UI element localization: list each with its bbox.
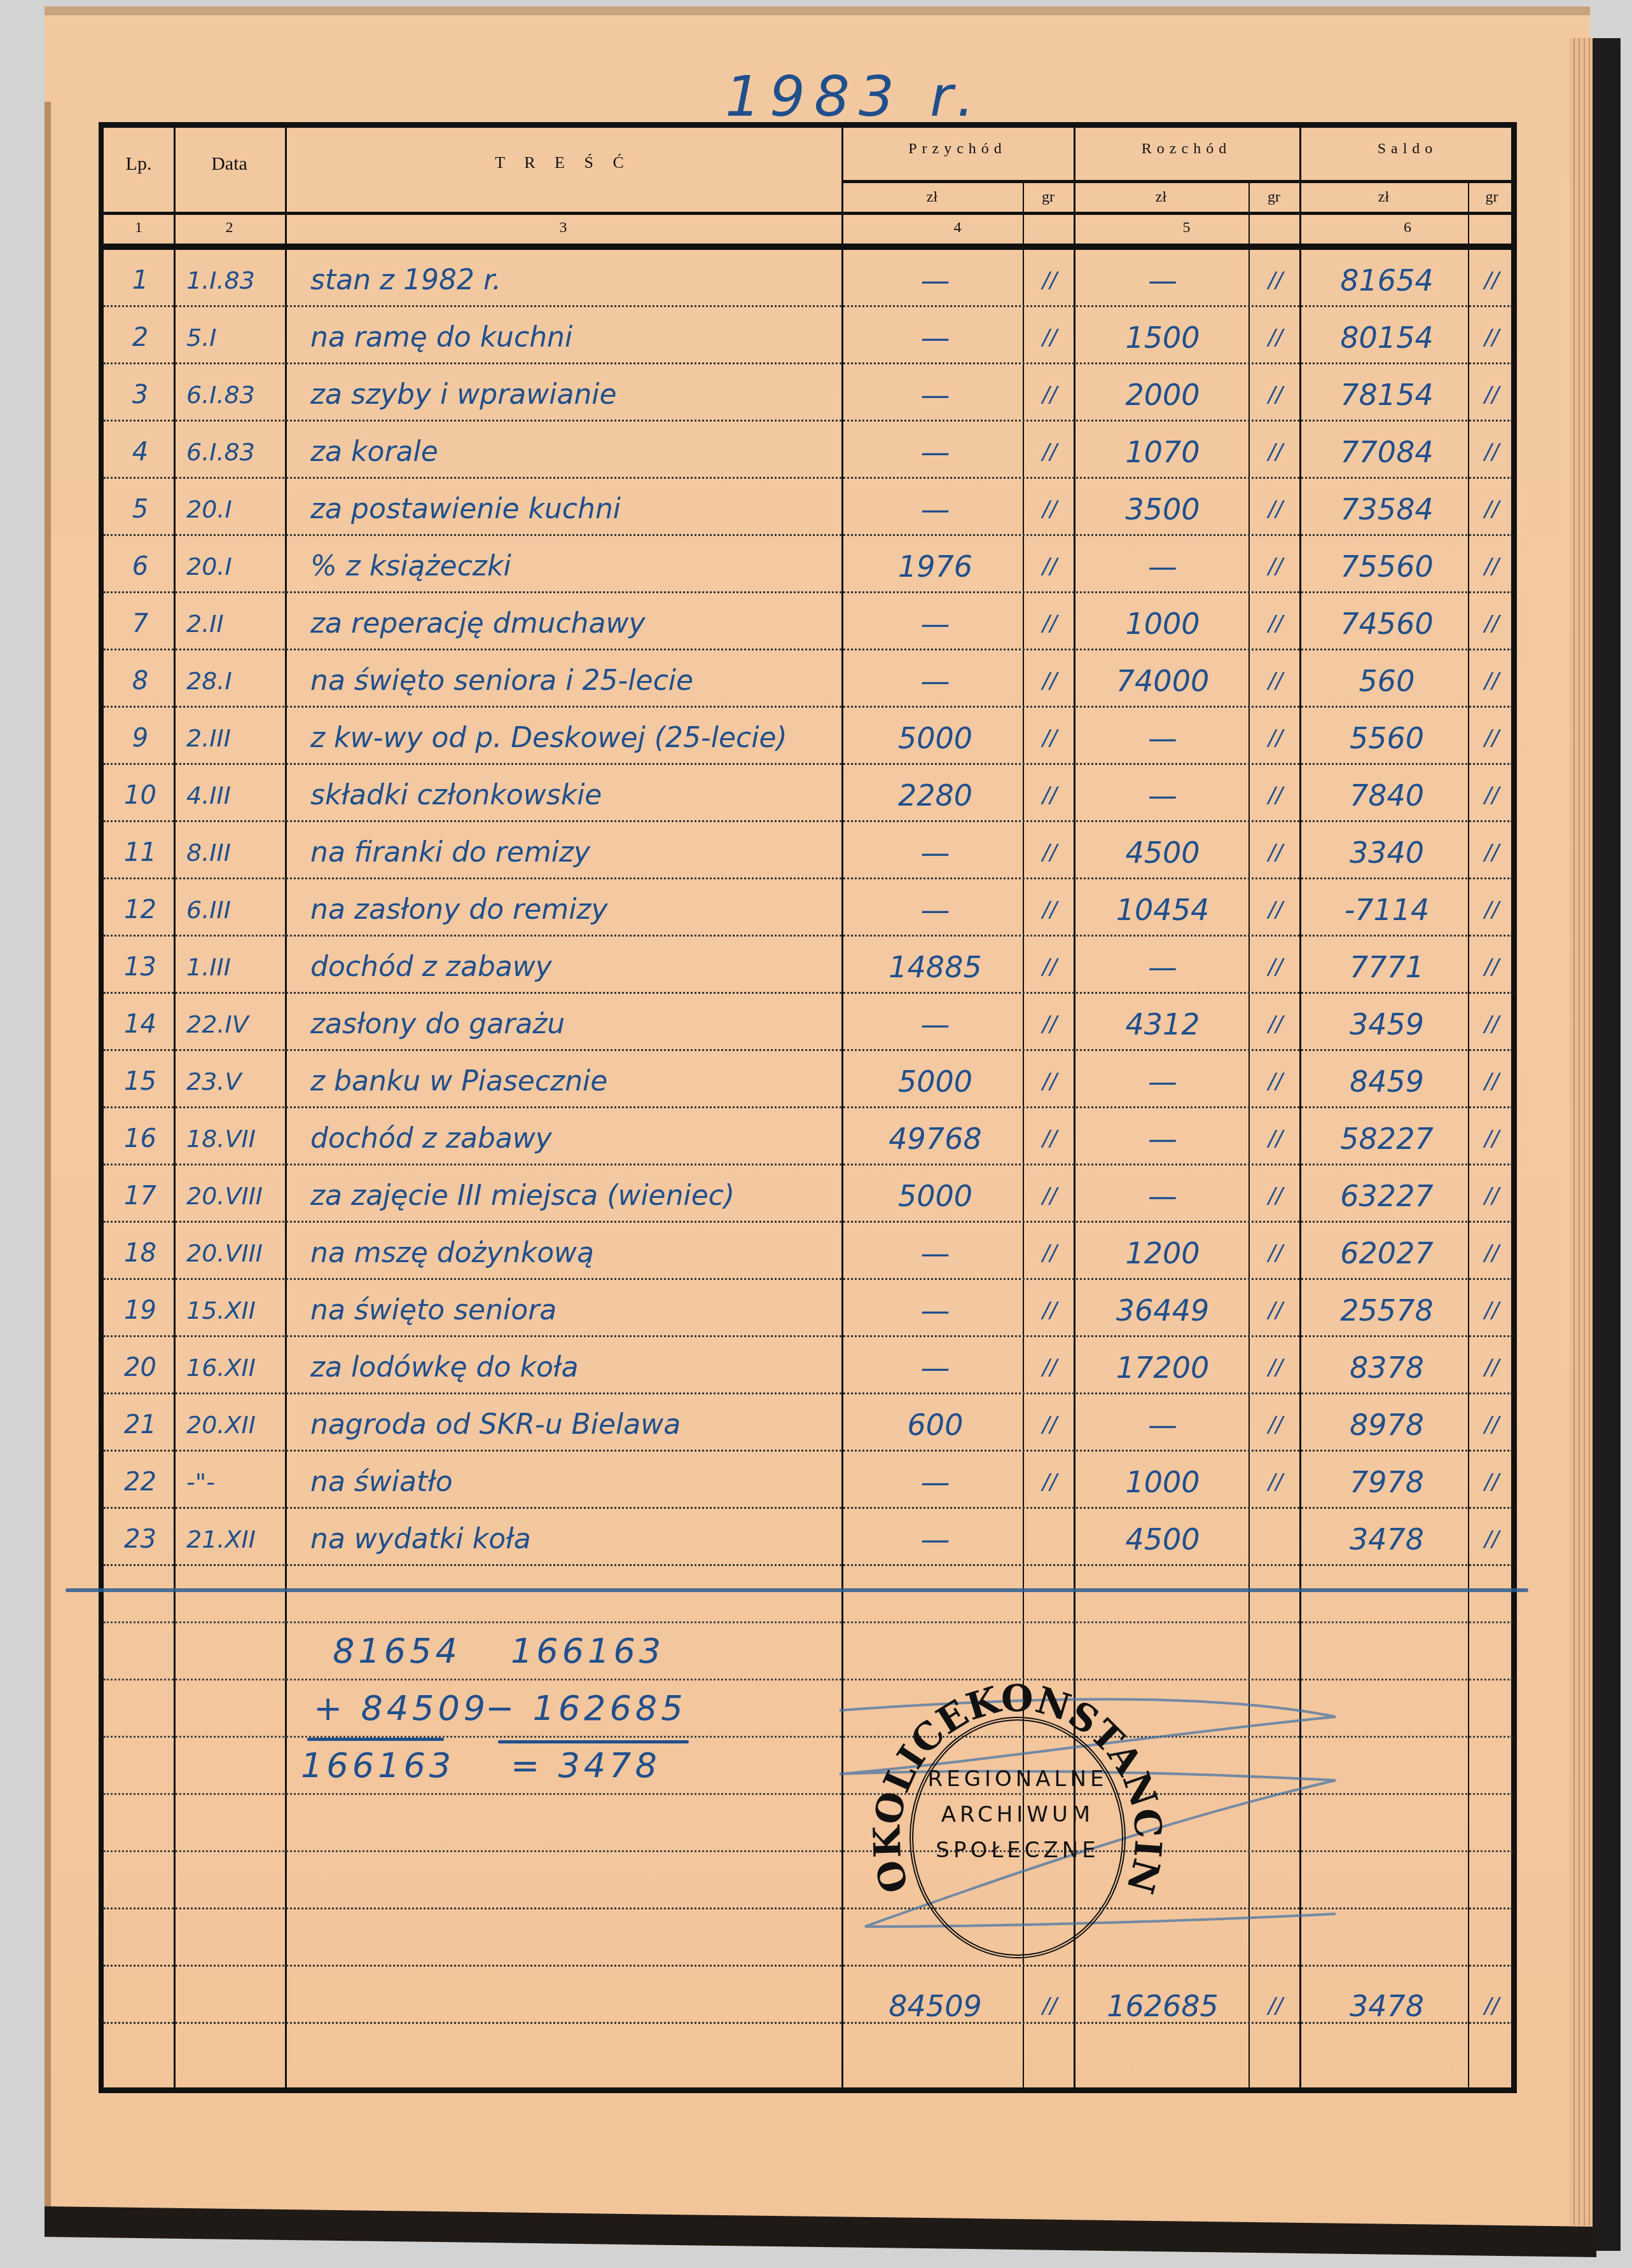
row-rozchod: — xyxy=(1077,1108,1248,1165)
row-saldo: 75560 xyxy=(1303,536,1471,593)
calc-add-result: 166163 xyxy=(301,1745,455,1785)
row-rozchod-gr: // xyxy=(1252,1337,1299,1394)
header-przychod: Przychód xyxy=(841,141,1074,158)
table-row: 1422.IVzasłony do garażu—//4312//3459// xyxy=(104,994,1512,1051)
row-rozchod-gr: // xyxy=(1252,879,1299,937)
row-rozchod: — xyxy=(1077,1051,1248,1108)
row-date: 6.I.83 xyxy=(180,422,291,479)
row-rozchod: 10454 xyxy=(1077,879,1248,937)
empty-row xyxy=(104,1566,1512,1623)
row-lp: 4 xyxy=(104,422,177,479)
row-saldo: 7978 xyxy=(1303,1452,1471,1509)
header-saldo-gr: gr xyxy=(1468,189,1516,206)
row-description: na światło xyxy=(291,1452,857,1509)
row-date: 1.I.83 xyxy=(180,250,291,307)
row-lp: 15 xyxy=(104,1051,177,1108)
row-rozchod-gr xyxy=(1252,1509,1299,1566)
row-saldo-gr: // xyxy=(1471,307,1512,364)
row-lp: 10 xyxy=(104,765,177,822)
row-przychod: — xyxy=(848,1337,1023,1394)
row-rozchod: — xyxy=(1077,250,1248,307)
total-rozchod: 162685 xyxy=(1077,1976,1248,2033)
row-przychod-gr: // xyxy=(1026,1223,1074,1280)
table-row: 620.I% z książeczki1976//—//75560// xyxy=(104,536,1512,593)
empty-row xyxy=(104,1623,1512,1680)
row-saldo-gr: // xyxy=(1471,536,1512,593)
rule-subheader xyxy=(841,180,1516,183)
row-description: na wydatki koła xyxy=(291,1509,857,1566)
row-rozchod-gr: // xyxy=(1252,1165,1299,1223)
row-rozchod-gr: // xyxy=(1252,536,1299,593)
row-saldo: 7840 xyxy=(1303,765,1471,822)
row-przychod-gr: // xyxy=(1026,536,1074,593)
row-przychod-gr: // xyxy=(1026,1452,1074,1509)
row-date: 20.I xyxy=(180,479,291,536)
row-przychod-gr: // xyxy=(1026,1394,1074,1452)
row-rozchod: 4312 xyxy=(1077,994,1248,1051)
row-przychod-gr: // xyxy=(1026,479,1074,536)
table-row: 126.IIIna zasłony do remizy—//10454//-71… xyxy=(104,879,1512,937)
row-przychod: 5000 xyxy=(848,1051,1023,1108)
row-date: -"- xyxy=(180,1452,291,1509)
colnum-1: 1 xyxy=(104,219,174,237)
row-przychod-gr xyxy=(1026,1509,1074,1566)
row-przychod-gr: // xyxy=(1026,1051,1074,1108)
row-lp: 7 xyxy=(104,593,177,650)
row-saldo-gr: // xyxy=(1471,593,1512,650)
row-lp: 23 xyxy=(104,1509,177,1566)
page-edges xyxy=(1570,38,1593,2225)
row-przychod-gr: // xyxy=(1026,1337,1074,1394)
row-saldo-gr: // xyxy=(1471,1394,1512,1452)
row-rozchod-gr: // xyxy=(1252,479,1299,536)
table-row: 2321.XIIna wydatki koła—45003478// xyxy=(104,1509,1512,1566)
row-saldo-gr: // xyxy=(1471,937,1512,994)
table-row: 520.Iza postawienie kuchni—//3500//73584… xyxy=(104,479,1512,536)
header-lp: Lp. xyxy=(104,153,174,175)
row-lp: 16 xyxy=(104,1108,177,1165)
row-saldo: 80154 xyxy=(1303,307,1471,364)
row-saldo: 8378 xyxy=(1303,1337,1471,1394)
total-przychod: 84509 xyxy=(848,1976,1023,2033)
table-row: 1523.Vz banku w Piasecznie5000//—//8459/… xyxy=(104,1051,1512,1108)
row-saldo-gr: // xyxy=(1471,1337,1512,1394)
row-date: 6.III xyxy=(180,879,291,937)
row-description: zasłony do garażu xyxy=(291,994,857,1051)
row-saldo-gr: // xyxy=(1471,879,1512,937)
calc-sub-underline xyxy=(498,1740,689,1743)
row-saldo: 8459 xyxy=(1303,1051,1471,1108)
row-description: za zajęcie III miejsca (wieniec) xyxy=(291,1165,857,1223)
row-przychod-gr: // xyxy=(1026,307,1074,364)
row-rozchod-gr: // xyxy=(1252,1280,1299,1337)
row-lp: 6 xyxy=(104,536,177,593)
row-przychod: 14885 xyxy=(848,937,1023,994)
row-lp: 3 xyxy=(104,364,177,422)
row-saldo: 25578 xyxy=(1303,1280,1471,1337)
row-przychod: — xyxy=(848,422,1023,479)
row-przychod-gr: // xyxy=(1026,994,1074,1051)
row-saldo-gr: // xyxy=(1471,1452,1512,1509)
row-rozchod-gr: // xyxy=(1252,765,1299,822)
row-saldo: 3478 xyxy=(1303,1509,1471,1566)
row-description: na święto seniora xyxy=(291,1280,857,1337)
row-saldo: 74560 xyxy=(1303,593,1471,650)
row-date: 23.V xyxy=(180,1051,291,1108)
table-row: 92.IIIz kw-wy od p. Deskowej (25-lecie)5… xyxy=(104,708,1512,765)
header-przychod-zl: zł xyxy=(841,189,1023,206)
row-date: 15.XII xyxy=(180,1280,291,1337)
row-saldo-gr: // xyxy=(1471,479,1512,536)
row-saldo-gr: // xyxy=(1471,708,1512,765)
row-rozchod: — xyxy=(1077,536,1248,593)
row-saldo: 78154 xyxy=(1303,364,1471,422)
row-przychod: — xyxy=(848,364,1023,422)
row-przychod: — xyxy=(848,1223,1023,1280)
total-saldo: 3478 xyxy=(1303,1976,1471,2033)
row-date: 16.XII xyxy=(180,1337,291,1394)
table-row: 118.IIIna firanki do remizy—//4500//3340… xyxy=(104,822,1512,879)
row-przychod: 5000 xyxy=(848,708,1023,765)
row-date: 4.III xyxy=(180,765,291,822)
row-przychod: — xyxy=(848,822,1023,879)
row-saldo: 8978 xyxy=(1303,1394,1471,1452)
row-description: na mszę dożynkową xyxy=(291,1223,857,1280)
row-saldo-gr: // xyxy=(1471,1051,1512,1108)
row-przychod: — xyxy=(848,1452,1023,1509)
row-przychod: — xyxy=(848,1509,1023,1566)
row-rozchod-gr: // xyxy=(1252,708,1299,765)
row-saldo-gr: // xyxy=(1471,1509,1512,1566)
row-saldo: 3459 xyxy=(1303,994,1471,1051)
row-lp: 13 xyxy=(104,937,177,994)
row-przychod: — xyxy=(848,307,1023,364)
table-row: 104.IIIskładki członkowskie2280//—//7840… xyxy=(104,765,1512,822)
calc-sub-second: − 162685 xyxy=(485,1688,687,1728)
row-rozchod: 1500 xyxy=(1077,307,1248,364)
archive-stamp: OKOLICEKONSTANCINA.PL REGIONALNE ARCHIWU… xyxy=(871,1679,1164,1971)
row-przychod: — xyxy=(848,250,1023,307)
table-row: 22-"-na światło—//1000//7978// xyxy=(104,1452,1512,1509)
row-rozchod-gr: // xyxy=(1252,1223,1299,1280)
row-przychod-gr: // xyxy=(1026,364,1074,422)
row-saldo-gr: // xyxy=(1471,250,1512,307)
row-saldo: -7114 xyxy=(1303,879,1471,937)
header-przychod-gr: gr xyxy=(1023,189,1074,206)
row-saldo: 58227 xyxy=(1303,1108,1471,1165)
row-description: za korale xyxy=(291,422,857,479)
row-rozchod-gr: // xyxy=(1252,650,1299,708)
row-description: na firanki do remizy xyxy=(291,822,857,879)
row-rozchod: 1200 xyxy=(1077,1223,1248,1280)
totals-row: 84509 // 162685 // 3478 // xyxy=(104,1976,1512,2015)
row-saldo-gr: // xyxy=(1471,1223,1512,1280)
row-lp: 5 xyxy=(104,479,177,536)
row-description: na ramę do kuchni xyxy=(291,307,857,364)
table-row: 1915.XIIna święto seniora—//36449//25578… xyxy=(104,1280,1512,1337)
stamp-line-1: REGIONALNE xyxy=(909,1761,1126,1797)
row-rozchod: — xyxy=(1077,765,1248,822)
row-date: 1.III xyxy=(180,937,291,994)
row-date: 20.VIII xyxy=(180,1223,291,1280)
row-przychod: — xyxy=(848,1280,1023,1337)
row-rozchod: 2000 xyxy=(1077,364,1248,422)
row-date: 6.I.83 xyxy=(180,364,291,422)
row-lp: 2 xyxy=(104,307,177,364)
colnum-5: 5 xyxy=(1074,219,1299,237)
row-description: z kw-wy od p. Deskowej (25-lecie) xyxy=(291,708,857,765)
row-lp: 18 xyxy=(104,1223,177,1280)
row-rozchod: — xyxy=(1077,1165,1248,1223)
calc-sub-top: 166163 xyxy=(511,1631,665,1671)
total-rozchod-gr: // xyxy=(1252,1976,1299,2033)
row-lp: 17 xyxy=(104,1165,177,1223)
row-rozchod-gr: // xyxy=(1252,994,1299,1051)
row-lp: 19 xyxy=(104,1280,177,1337)
row-rozchod-gr: // xyxy=(1252,1051,1299,1108)
row-date: 2.III xyxy=(180,708,291,765)
row-przychod-gr: // xyxy=(1026,822,1074,879)
row-przychod: 5000 xyxy=(848,1165,1023,1223)
row-rozchod-gr: // xyxy=(1252,364,1299,422)
row-rozchod: — xyxy=(1077,708,1248,765)
row-przychod: 600 xyxy=(848,1394,1023,1452)
row-date: 20.I xyxy=(180,536,291,593)
row-przychod: — xyxy=(848,879,1023,937)
row-saldo-gr: // xyxy=(1471,994,1512,1051)
row-date: 21.XII xyxy=(180,1509,291,1566)
row-rozchod: 74000 xyxy=(1077,650,1248,708)
calc-sub-result: = 3478 xyxy=(511,1745,661,1785)
row-date: 20.VIII xyxy=(180,1165,291,1223)
row-przychod: — xyxy=(848,593,1023,650)
calc-add-underline xyxy=(307,1738,444,1741)
row-saldo: 73584 xyxy=(1303,479,1471,536)
header-saldo: Saldo xyxy=(1299,141,1516,158)
page-spine xyxy=(45,102,51,2213)
row-description: % z książeczki xyxy=(291,536,857,593)
row-przychod-gr: // xyxy=(1026,650,1074,708)
row-saldo: 77084 xyxy=(1303,422,1471,479)
row-saldo: 62027 xyxy=(1303,1223,1471,1280)
row-przychod-gr: // xyxy=(1026,765,1074,822)
row-przychod: — xyxy=(848,994,1023,1051)
row-rozchod-gr: // xyxy=(1252,307,1299,364)
row-lp: 11 xyxy=(104,822,177,879)
row-przychod-gr: // xyxy=(1026,250,1074,307)
row-lp: 22 xyxy=(104,1452,177,1509)
year-title: 1983 r. xyxy=(725,64,983,129)
calc-add-second: + 84509 xyxy=(314,1688,489,1728)
row-saldo: 63227 xyxy=(1303,1165,1471,1223)
row-date: 18.VII xyxy=(180,1108,291,1165)
table-row: 2120.XIInagroda od SKR-u Bielawa600//—//… xyxy=(104,1394,1512,1452)
table-row: 1618.VIIdochód z zabawy49768//—//58227// xyxy=(104,1108,1512,1165)
row-przychod-gr: // xyxy=(1026,1108,1074,1165)
row-description: nagroda od SKR-u Bielawa xyxy=(291,1394,857,1452)
row-description: na święto seniora i 25-lecie xyxy=(291,650,857,708)
row-rozchod-gr: // xyxy=(1252,1108,1299,1165)
row-saldo-gr: // xyxy=(1471,1108,1512,1165)
row-rozchod-gr: // xyxy=(1252,937,1299,994)
table-row: 828.Ina święto seniora i 25-lecie—//7400… xyxy=(104,650,1512,708)
header-data: Data xyxy=(174,153,285,175)
stamp-line-3: SPOŁECZNE xyxy=(909,1832,1126,1868)
colnum-3: 3 xyxy=(285,219,841,237)
table-row: 11.I.83stan z 1982 r.—//—//81654// xyxy=(104,250,1512,307)
row-description: za postawienie kuchni xyxy=(291,479,857,536)
colnum-4: 4 xyxy=(841,219,1074,237)
row-lp: 14 xyxy=(104,994,177,1051)
header-rozchod-gr: gr xyxy=(1248,189,1299,206)
table-row: 1820.VIIIna mszę dożynkową—//1200//62027… xyxy=(104,1223,1512,1280)
row-przychod: — xyxy=(848,650,1023,708)
header-rozchod-zl: zł xyxy=(1074,189,1248,206)
table-row: 25.Ina ramę do kuchni—//1500//80154// xyxy=(104,307,1512,364)
row-rozchod: 17200 xyxy=(1077,1337,1248,1394)
header-saldo-zl: zł xyxy=(1299,189,1468,206)
row-lp: 21 xyxy=(104,1394,177,1452)
row-przychod: 49768 xyxy=(848,1108,1023,1165)
table-row: 36.I.83za szyby i wprawianie—//2000//781… xyxy=(104,364,1512,422)
row-lp: 9 xyxy=(104,708,177,765)
row-saldo-gr: // xyxy=(1471,1280,1512,1337)
row-saldo: 7771 xyxy=(1303,937,1471,994)
row-przychod-gr: // xyxy=(1026,1280,1074,1337)
row-date: 22.IV xyxy=(180,994,291,1051)
row-przychod: 1976 xyxy=(848,536,1023,593)
row-przychod-gr: // xyxy=(1026,879,1074,937)
row-rozchod-gr: // xyxy=(1252,1452,1299,1509)
rule-header-bottom xyxy=(104,212,1516,215)
header-tresc: T R E Ś Ć xyxy=(285,153,841,172)
row-saldo-gr: // xyxy=(1471,822,1512,879)
stamp-center-text: REGIONALNE ARCHIWUM SPOŁECZNE xyxy=(909,1761,1126,1868)
row-rozchod: 3500 xyxy=(1077,479,1248,536)
row-rozchod-gr: // xyxy=(1252,1394,1299,1452)
row-przychod: — xyxy=(848,479,1023,536)
row-rozchod: — xyxy=(1077,1394,1248,1452)
rule-numbers-bottom xyxy=(104,244,1516,250)
row-rozchod: 4500 xyxy=(1077,822,1248,879)
row-description: za reperację dmuchawy xyxy=(291,593,857,650)
colnum-6: 6 xyxy=(1299,219,1516,237)
row-przychod-gr: // xyxy=(1026,422,1074,479)
table-row: 1720.VIIIza zajęcie III miejsca (wieniec… xyxy=(104,1165,1512,1223)
row-saldo-gr: // xyxy=(1471,422,1512,479)
row-rozchod-gr: // xyxy=(1252,422,1299,479)
row-przychod: 2280 xyxy=(848,765,1023,822)
row-lp: 12 xyxy=(104,879,177,937)
row-rozchod-gr: // xyxy=(1252,250,1299,307)
row-description: za lodówkę do koła xyxy=(291,1337,857,1394)
row-rozchod-gr: // xyxy=(1252,822,1299,879)
row-description: stan z 1982 r. xyxy=(291,250,857,307)
table-row: 46.I.83za korale—//1070//77084// xyxy=(104,422,1512,479)
row-date: 28.I xyxy=(180,650,291,708)
table-row: 131.IIIdochód z zabawy14885//—//7771// xyxy=(104,937,1512,994)
table-row: 2016.XIIza lodówkę do koła—//17200//8378… xyxy=(104,1337,1512,1394)
row-description: dochód z zabawy xyxy=(291,937,857,994)
row-przychod-gr: // xyxy=(1026,937,1074,994)
row-saldo-gr: // xyxy=(1471,650,1512,708)
row-rozchod: 4500 xyxy=(1077,1509,1248,1566)
row-date: 8.III xyxy=(180,822,291,879)
row-rozchod: 36449 xyxy=(1077,1280,1248,1337)
row-lp: 1 xyxy=(104,250,177,307)
row-date: 2.II xyxy=(180,593,291,650)
row-description: za szyby i wprawianie xyxy=(291,364,857,422)
row-przychod-gr: // xyxy=(1026,708,1074,765)
row-rozchod: 1000 xyxy=(1077,593,1248,650)
table-row: 72.IIza reperację dmuchawy—//1000//74560… xyxy=(104,593,1512,650)
row-description: z banku w Piasecznie xyxy=(291,1051,857,1108)
row-przychod-gr: // xyxy=(1026,1165,1074,1223)
row-description: na zasłony do remizy xyxy=(291,879,857,937)
row-rozchod: 1070 xyxy=(1077,422,1248,479)
row-rozchod: — xyxy=(1077,937,1248,994)
row-lp: 8 xyxy=(104,650,177,708)
row-description: dochód z zabawy xyxy=(291,1108,857,1165)
row-rozchod-gr: // xyxy=(1252,593,1299,650)
row-date: 5.I xyxy=(180,307,291,364)
row-saldo-gr: // xyxy=(1471,765,1512,822)
stamp-line-2: ARCHIWUM xyxy=(909,1797,1126,1832)
row-saldo: 5560 xyxy=(1303,708,1471,765)
book-cover-edge xyxy=(1593,38,1621,2251)
row-rozchod: 1000 xyxy=(1077,1452,1248,1509)
row-lp: 20 xyxy=(104,1337,177,1394)
total-saldo-gr: // xyxy=(1471,1976,1512,2033)
calc-add-top: 81654 xyxy=(333,1631,461,1671)
header-rozchod: Rozchód xyxy=(1074,141,1299,158)
row-description: składki członkowskie xyxy=(291,765,857,822)
row-saldo: 3340 xyxy=(1303,822,1471,879)
row-saldo: 560 xyxy=(1303,650,1471,708)
colnum-2: 2 xyxy=(174,219,285,237)
row-date: 20.XII xyxy=(180,1394,291,1452)
row-saldo: 81654 xyxy=(1303,250,1471,307)
row-saldo-gr: // xyxy=(1471,364,1512,422)
row-przychod-gr: // xyxy=(1026,593,1074,650)
row-saldo-gr: // xyxy=(1471,1165,1512,1223)
end-of-entries-line xyxy=(66,1588,1528,1592)
total-przychod-gr: // xyxy=(1026,1976,1074,2033)
